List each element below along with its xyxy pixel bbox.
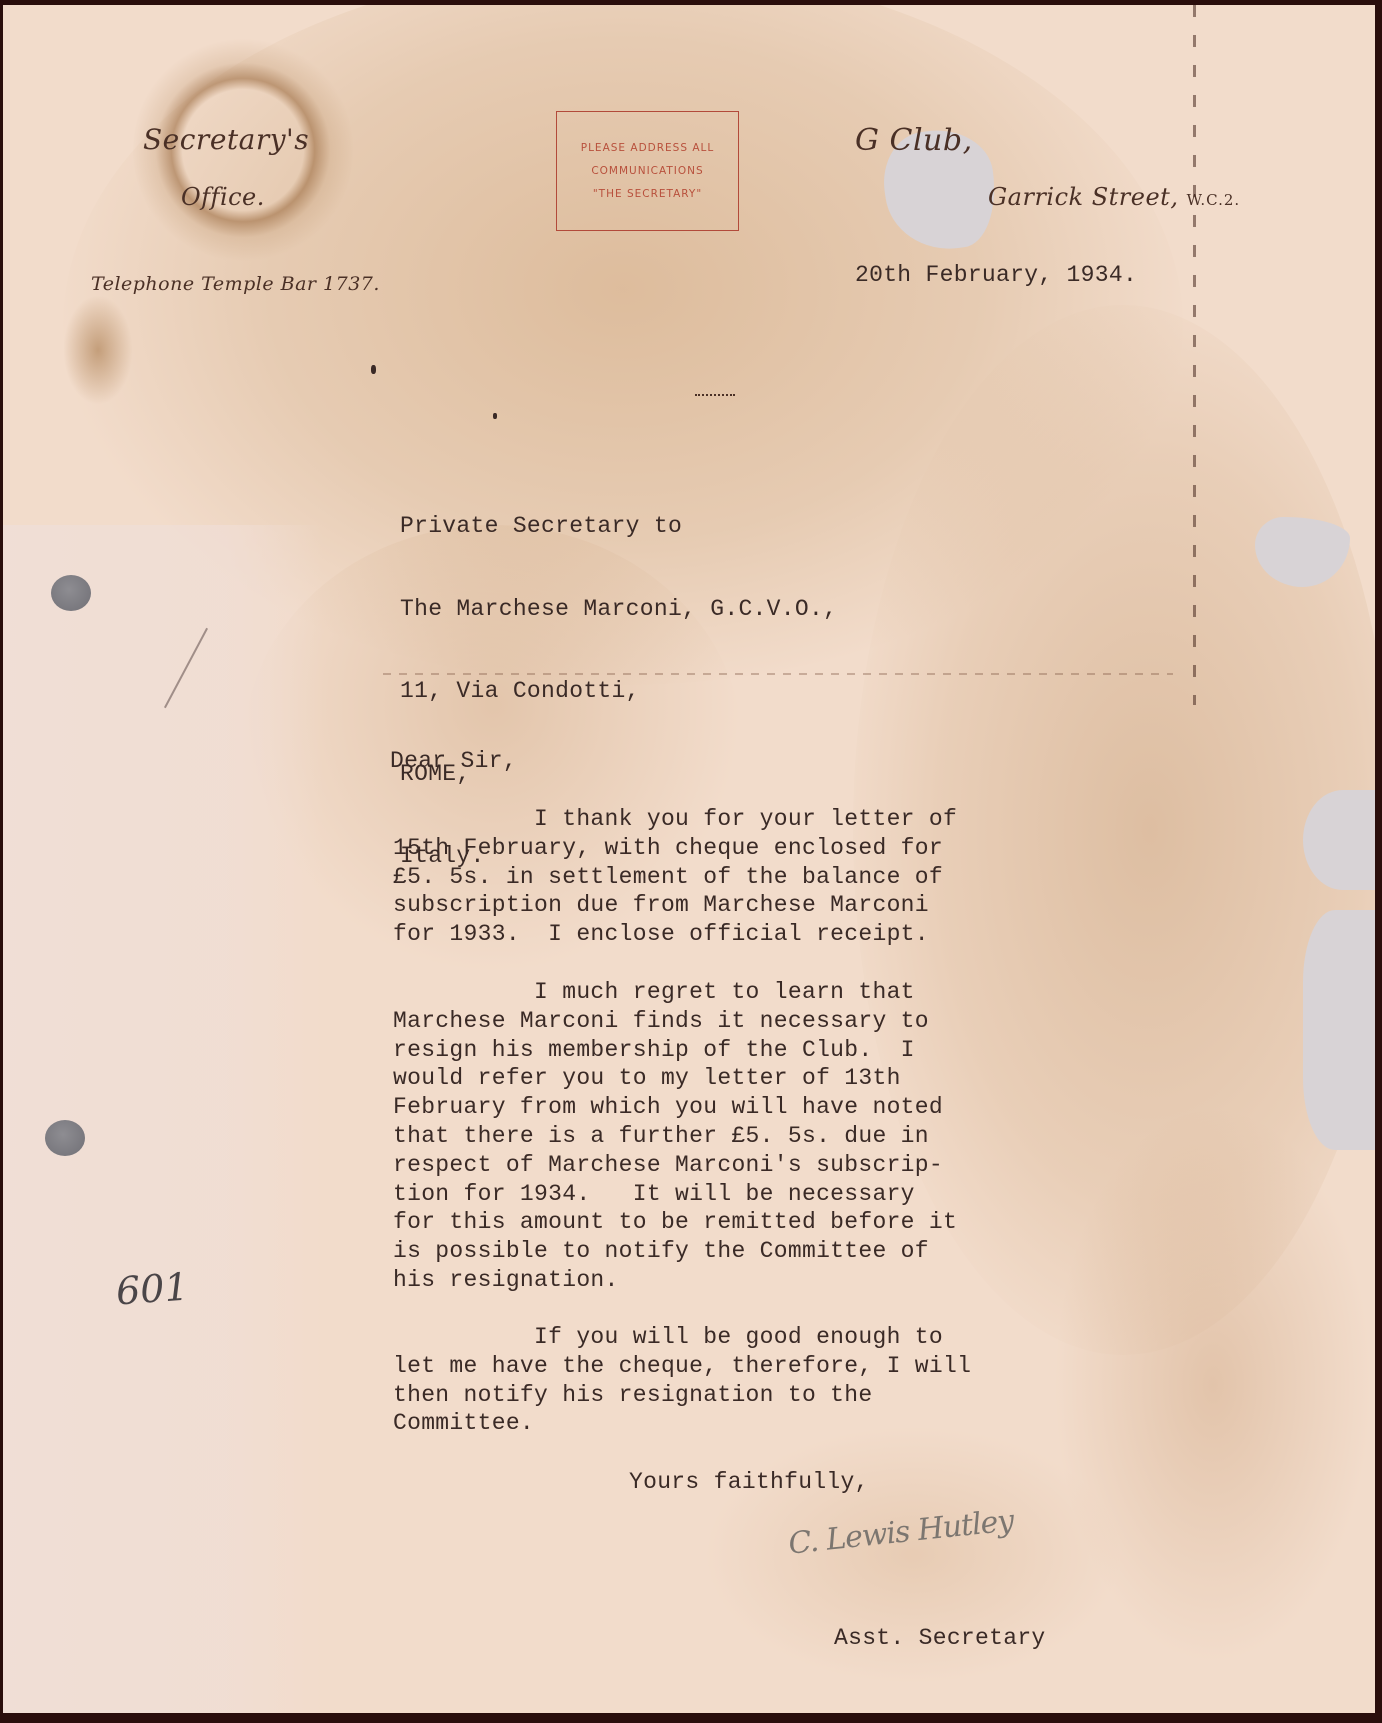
letter-page: Secretary's Office. Telephone Temple Bar… [3,5,1375,1713]
recipient-line: 11, Via Condotti, [400,678,837,706]
club-postcode: W.C.2. [1187,191,1241,209]
club-street: Garrick Street, [988,183,1178,211]
paper-tear [1303,910,1375,1150]
paper-tear [1255,517,1350,587]
letterhead-office-line1: Secretary's [143,123,309,156]
body-paragraph: If you will be good enough to let me hav… [393,1323,971,1438]
paper-tear [1303,790,1375,890]
water-stain [1053,1105,1373,1665]
address-notice-line: "THE SECRETARY" [593,183,702,206]
signatory-role: Asst. Secretary [834,1624,1046,1653]
fold-crease [1193,5,1196,705]
closing: Yours faithfully, [629,1468,869,1497]
water-stain [63,295,133,405]
address-notice-line: PLEASE ADDRESS ALL [581,137,714,160]
punch-hole [51,575,91,611]
recipient-line: The Marchese Marconi, G.C.V.O., [400,596,837,624]
punch-hole [45,1120,85,1156]
letterhead-club-name: G Club, [855,123,973,158]
ink-speck [493,413,497,419]
letter-date: 20th February, 1934. [855,261,1137,290]
salutation: Dear Sir, [390,747,517,776]
address-notice-line: COMMUNICATIONS [591,160,703,183]
address-notice-stamp: PLEASE ADDRESS ALL COMMUNICATIONS "THE S… [556,111,739,231]
recipient-line: Private Secretary to [400,513,837,541]
dotted-mark [695,394,735,396]
ink-speck [371,365,376,374]
body-paragraph: I thank you for your letter of 15th Febr… [393,805,957,949]
archive-page-number: 601 [115,1265,190,1314]
letterhead-club-address: Garrick Street, W.C.2. [988,183,1240,211]
letterhead-telephone: Telephone Temple Bar 1737. [91,273,380,295]
letterhead-office-line2: Office. [181,183,265,211]
body-paragraph: I much regret to learn that Marchese Mar… [393,978,957,1295]
handwritten-signature: C. Lewis Hutley [787,1503,1015,1561]
clean-margin [3,525,323,1713]
